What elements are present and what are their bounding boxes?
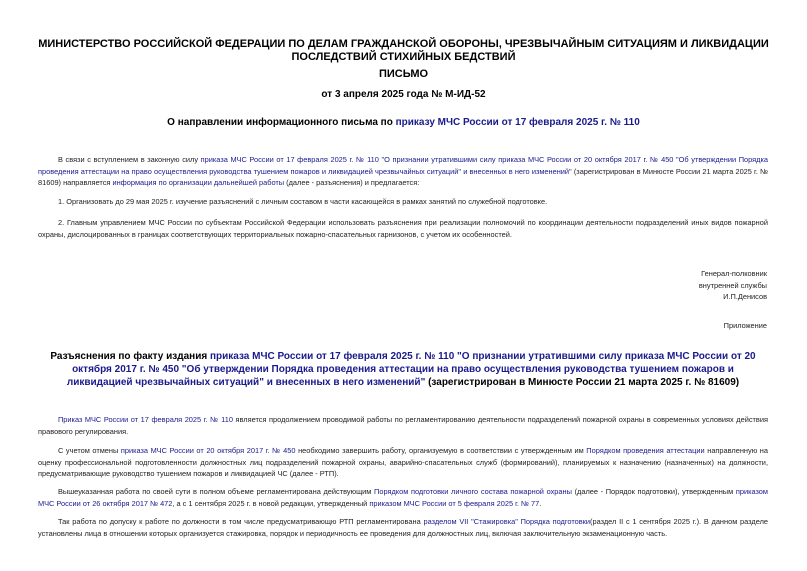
appendix-label: Приложение <box>567 320 767 332</box>
info-link[interactable]: информация по организации дальнейшей раб… <box>112 178 284 187</box>
ministry-heading: МИНИСТЕРСТВО РОССИЙСКОЙ ФЕДЕРАЦИИ ПО ДЕЛ… <box>30 38 777 64</box>
intro-text-3: (далее - разъяснения) и предлагается: <box>284 178 419 187</box>
subject-link[interactable]: приказу МЧС России от 17 февраля 2025 г.… <box>396 117 640 128</box>
order-77-link[interactable]: приказом МЧС России от 5 февраля 2025 г.… <box>369 499 539 508</box>
p3-text-3: , а с 1 сентября 2025 г. в новой редакци… <box>172 499 369 508</box>
order-110-link-2[interactable]: Приказ МЧС России от 17 февраля 2025 г. … <box>58 415 233 424</box>
appendix-title-suffix: (зарегистрирован в Минюсте России 21 мар… <box>425 377 739 388</box>
item-1-text: 1. Организовать до 29 мая 2025 г. изучен… <box>58 197 547 206</box>
document-subject: О направлении информационного письма по … <box>30 116 777 129</box>
item-1: 1. Организовать до 29 мая 2025 г. изучен… <box>38 196 768 208</box>
signature-rank: Генерал-полковник <box>567 268 767 280</box>
section-vii-link[interactable]: разделом VII "Стажировка" Порядка подгот… <box>423 517 590 526</box>
appendix-title: Разъяснения по факту издания приказа МЧС… <box>38 350 768 389</box>
p3-text-1: Вышеуказанная работа по своей сути в пол… <box>58 487 374 496</box>
p2-text-2: необходимо завершить работу, организуему… <box>296 446 587 455</box>
order-450-link[interactable]: приказа МЧС России от 20 октября 2017 г.… <box>121 446 296 455</box>
appendix-title-prefix: Разъяснения по факту издания <box>50 351 210 362</box>
item-2-text: 2. Главным управлением МЧС России по суб… <box>38 218 768 239</box>
training-procedure-link[interactable]: Порядком подготовки личного состава пожа… <box>374 487 572 496</box>
attestation-procedure-link[interactable]: Порядком проведения аттестации <box>586 446 704 455</box>
appendix-paragraph-1: Приказ МЧС России от 17 февраля 2025 г. … <box>38 414 768 437</box>
p3-text-4: . <box>539 499 541 508</box>
document-page: МИНИСТЕРСТВО РОССИЙСКОЙ ФЕДЕРАЦИИ ПО ДЕЛ… <box>0 0 807 571</box>
item-2: 2. Главным управлением МЧС России по суб… <box>38 217 768 240</box>
subject-text: О направлении информационного письма по <box>167 117 395 128</box>
appendix-paragraph-2: С учетом отмены приказа МЧС России от 20… <box>38 445 768 480</box>
p4-text-1: Так работа по допуску к работе по должно… <box>58 517 423 526</box>
appendix-paragraph-3: Вышеуказанная работа по своей сути в пол… <box>38 486 768 509</box>
appendix-paragraph-4: Так работа по допуску к работе по должно… <box>38 516 768 539</box>
intro-paragraph: В связи с вступлением в законную силу пр… <box>38 154 768 189</box>
document-type: ПИСЬМО <box>30 68 777 81</box>
signature-block: Генерал-полковник внутренней службы И.П.… <box>567 268 767 303</box>
signature-service: внутренней службы <box>567 280 767 292</box>
intro-text-1: В связи с вступлением в законную силу <box>58 155 201 164</box>
p2-text-1: С учетом отмены <box>58 446 121 455</box>
signature-name: И.П.Денисов <box>567 291 767 303</box>
p3-text-2: (далее - Порядок подготовки), утвержденн… <box>572 487 736 496</box>
document-date-number: от 3 апреля 2025 года № М-ИД-52 <box>30 88 777 101</box>
